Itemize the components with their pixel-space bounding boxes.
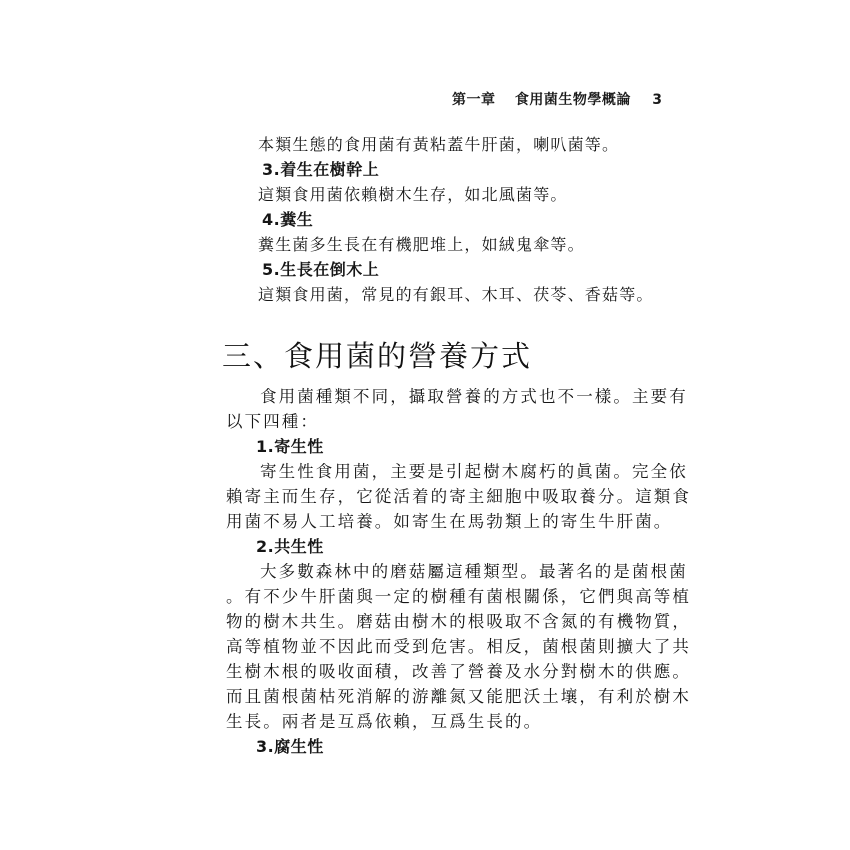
subheading-on-fallen-wood: 5.生長在倒木上 [262, 260, 379, 280]
body-line: 用菌不易人工培養。如寄生在馬勃類上的寄生牛肝菌。 [226, 512, 672, 532]
body-line: 以下四種： [226, 412, 319, 432]
body-line: 大多數森林中的磨菇屬這種類型。最著名的是菌根菌 [260, 562, 688, 582]
chapter-label: 第一章 [452, 92, 496, 108]
subheading-parasitic: 1.寄生性 [256, 437, 324, 457]
body-line: 生樹木根的吸收面積，改善了營養及水分對樹木的供應。 [226, 662, 691, 682]
body-line: 這類食用菌，常見的有銀耳、木耳、茯苓、香菇等。 [258, 285, 654, 305]
subheading-coprophilous: 4.糞生 [262, 210, 313, 230]
book-page: 第一章 食用菌生物學概論 3 本類生態的食用菌有黃粘蓋牛肝菌，喇叭菌等。 3.着… [0, 0, 850, 850]
body-line: 高等植物並不因此而受到危害。相反，菌根菌則擴大了共 [226, 637, 691, 657]
subheading-symbiotic: 2.共生性 [256, 537, 324, 557]
body-line: 而且菌根菌枯死消解的游離氮又能肥沃土壤，有利於樹木 [226, 687, 691, 707]
subheading-attached-to-trunk: 3.着生在樹幹上 [262, 160, 379, 180]
body-line: 糞生菌多生長在有機肥堆上，如絨鬼傘等。 [258, 235, 585, 255]
section-heading: 三、食用菌的營養方式 [222, 334, 532, 375]
body-line: 食用菌種類不同，攝取營養的方式也不一樣。主要有 [260, 387, 688, 407]
body-line: 物的樹木共生。磨菇由樹木的根吸取不含氮的有機物質， [226, 612, 691, 632]
body-line: 寄生性食用菌，主要是引起樹木腐朽的眞菌。完全依 [260, 462, 688, 482]
body-line: 生長。兩者是互爲依賴，互爲生長的。 [226, 712, 542, 732]
body-line: 本類生態的食用菌有黃粘蓋牛肝菌，喇叭菌等。 [258, 135, 619, 155]
chapter-title: 食用菌生物學概論 [515, 92, 631, 108]
running-header: 第一章 食用菌生物學概論 3 [452, 89, 663, 109]
body-line: 這類食用菌依賴樹木生存，如北風菌等。 [258, 185, 568, 205]
page-number: 3 [652, 92, 662, 108]
body-line: 賴寄主而生存，它從活着的寄主細胞中吸取養分。這類食 [226, 487, 691, 507]
body-line: 。有不少牛肝菌與一定的樹種有菌根關係，它們與高等植 [226, 587, 691, 607]
subheading-saprophytic: 3.腐生性 [256, 737, 324, 757]
